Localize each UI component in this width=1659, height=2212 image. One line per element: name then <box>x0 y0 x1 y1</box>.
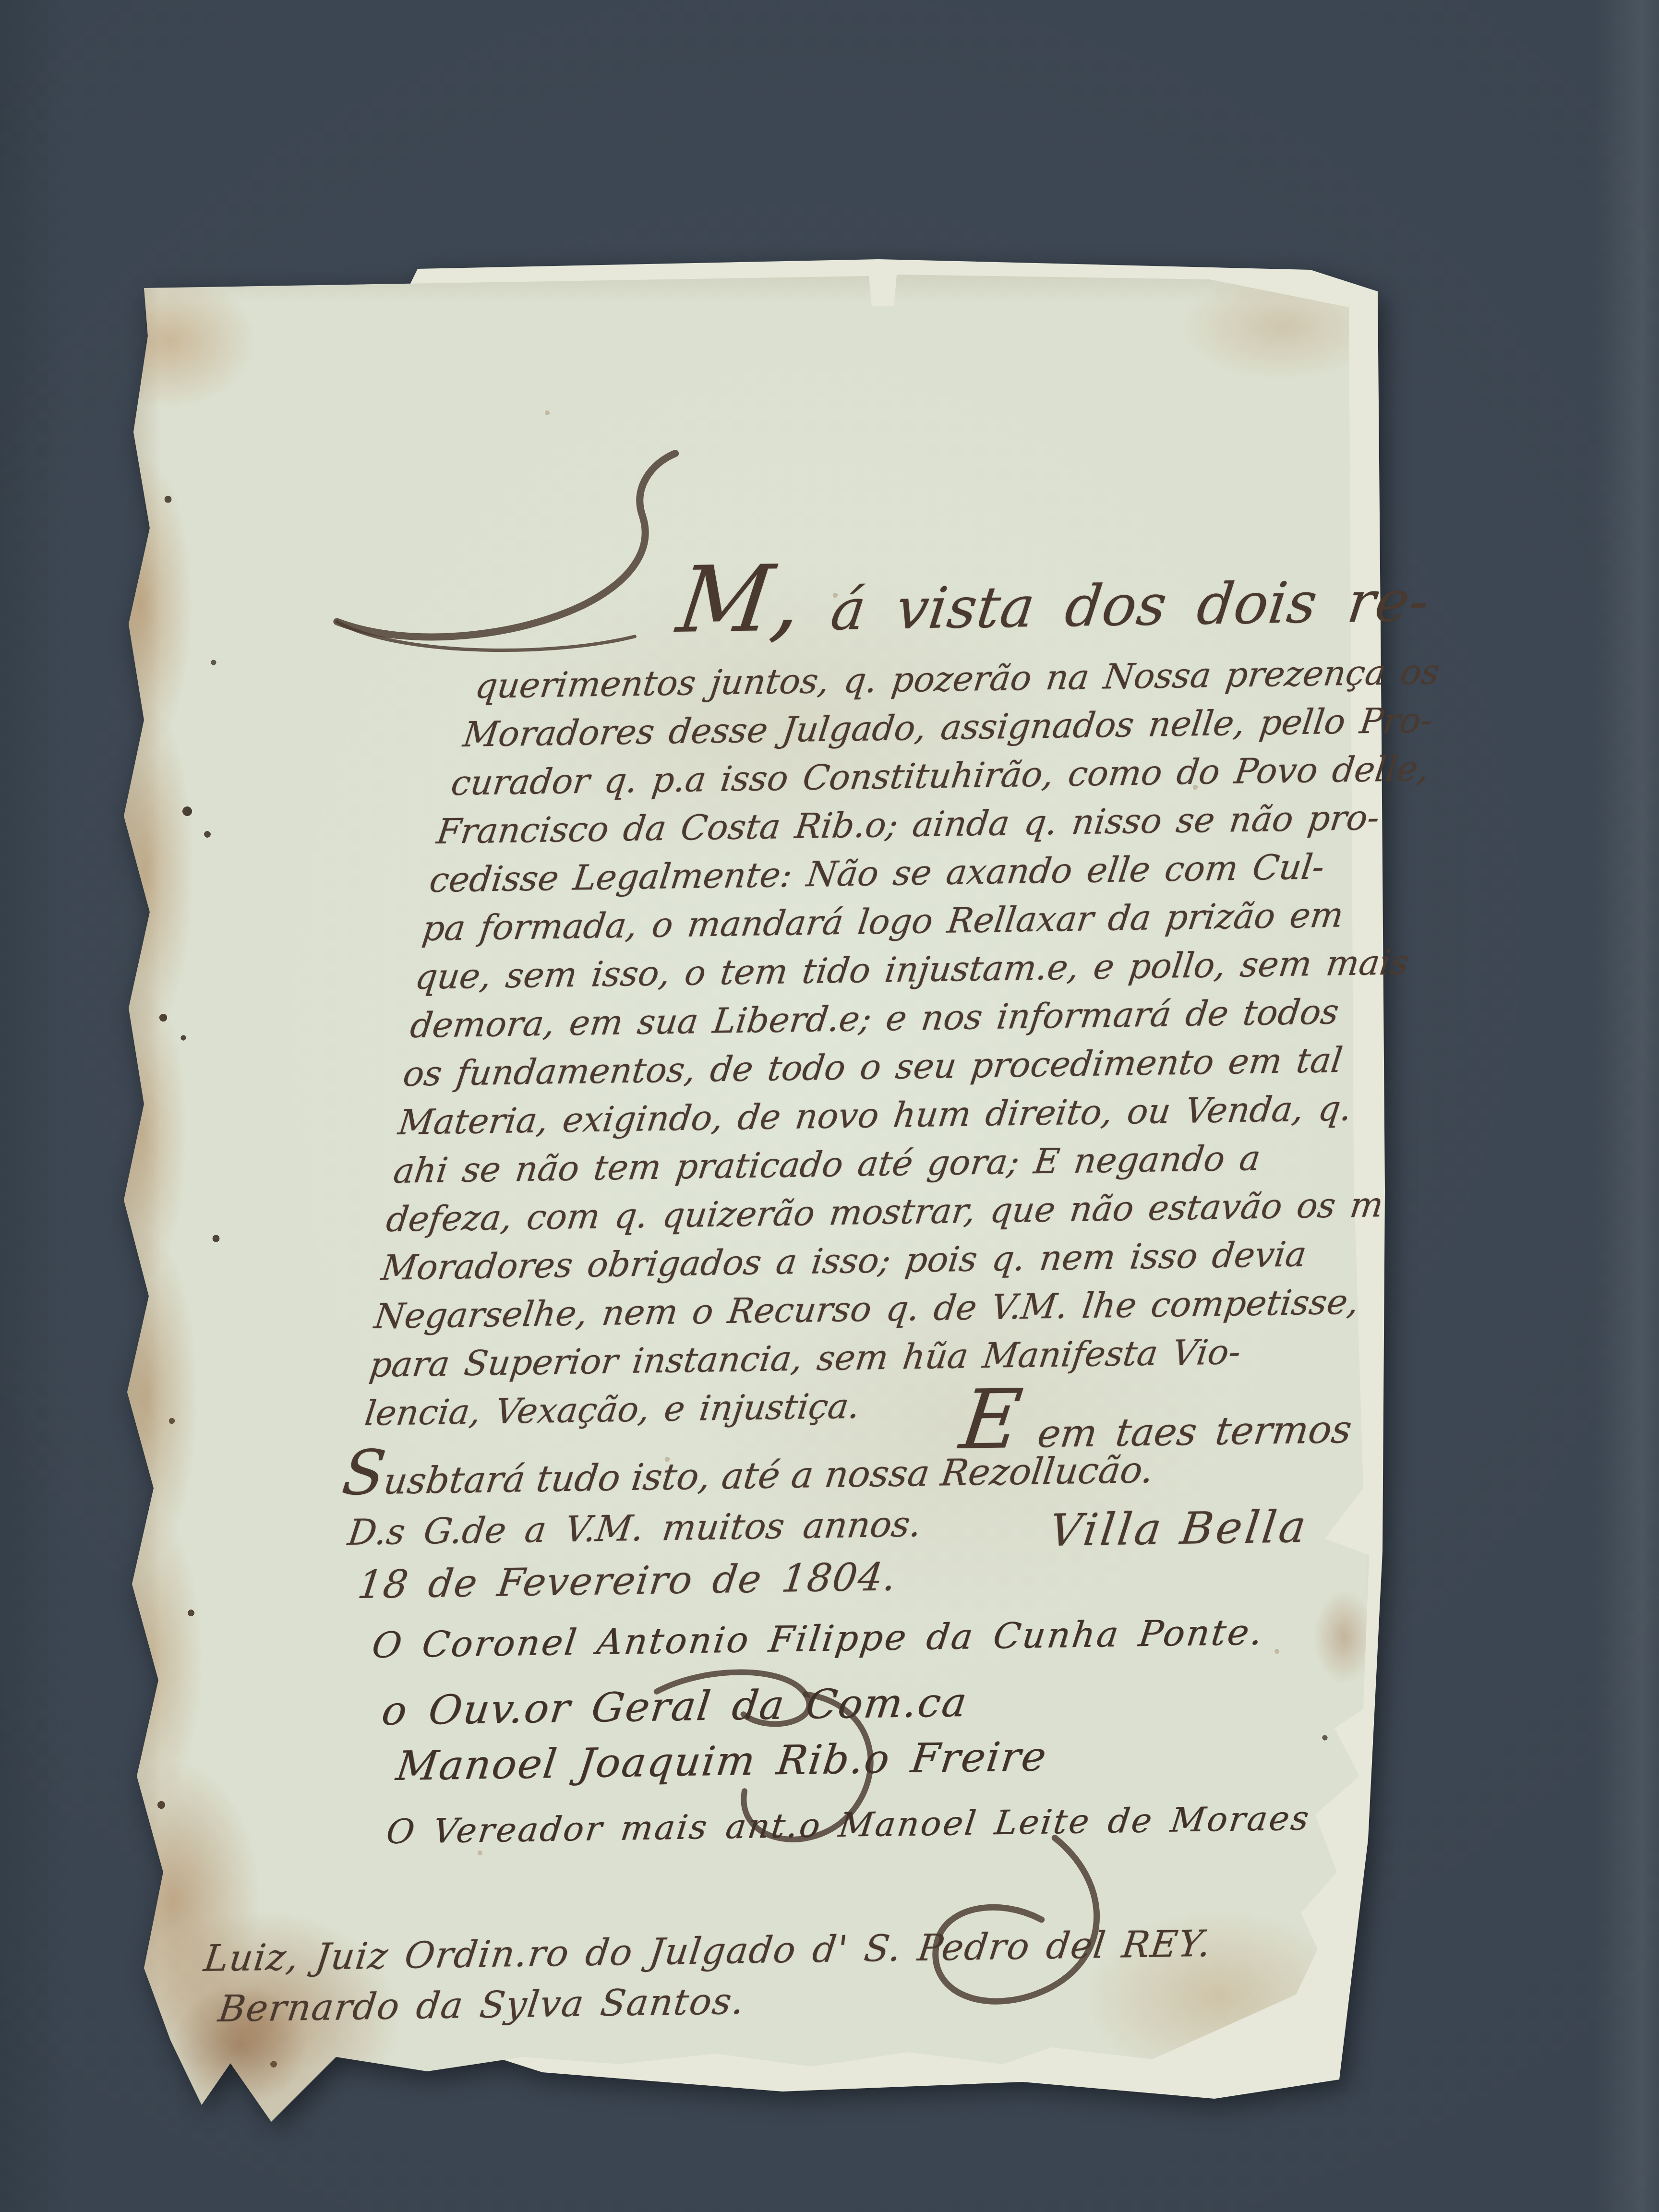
signature-line: O Coronel Antonio Filippe da Cunha Ponte… <box>370 1611 1266 1666</box>
salute-line: D.s G.de a V.M. muitos annos. <box>346 1503 924 1553</box>
body-line: Negarselhe, nem o Recurso q. de V.M. lhe… <box>372 1281 1361 1336</box>
body-line: Moradores obrigados a isso; pois q. nem … <box>379 1234 1309 1288</box>
signature-line: O Vereador mais ant.o Manoel Leite de Mo… <box>384 1798 1313 1851</box>
body-line: Francisco da Costa Rib.o; ainda q. nisso… <box>434 797 1382 852</box>
body-line: os fundamentos, de todo o seu procedimen… <box>401 1040 1345 1094</box>
manuscript-text-layer: M, á vista dos dois re- querimentos junt… <box>0 0 1659 2212</box>
body-line: Materia, exigindo, de novo hum direito, … <box>396 1088 1354 1142</box>
body-line: Moradores desse Julgado, assignados nell… <box>461 700 1435 755</box>
closing-line: Susbtará tudo isto, até a nossa Rezolluc… <box>338 1426 1159 1509</box>
signature-line: o Ouv.or Geral da Com.ca <box>379 1679 971 1734</box>
signature-line: Manoel Joaquim Rib.o Freire <box>394 1733 1050 1790</box>
place-name: Villa Bella <box>1046 1501 1311 1556</box>
body-line: demora, em sua Liberd.e; e nos informará… <box>408 991 1341 1046</box>
photo-backdrop: M, á vista dos dois re- querimentos junt… <box>0 0 1659 2212</box>
body-line: lencia, Vexação, e injustiça. <box>362 1386 862 1433</box>
footer-line: Bernardo da Sylva Santos. <box>216 1980 747 2030</box>
heading-line: M, á vista dos dois re- <box>672 536 1437 653</box>
body-line: que, sem isso, o tem tido injustam.e, e … <box>413 942 1411 997</box>
date-line: 18 de Fevereiro de 1804. <box>355 1554 900 1607</box>
heading-flourish-icon <box>296 444 702 680</box>
body-line: ahi se não tem praticado até gora; E neg… <box>391 1138 1263 1191</box>
body-line: pa formada, o mandará logo Rellaxar da p… <box>420 894 1346 949</box>
body-line: curador q. p.a isso Constituhirão, como … <box>449 748 1431 803</box>
body-line: cedisse Legalmente: Não se axando elle c… <box>427 846 1327 900</box>
body-line: defeza, com q. quizerão mostrar, que não… <box>384 1184 1386 1239</box>
